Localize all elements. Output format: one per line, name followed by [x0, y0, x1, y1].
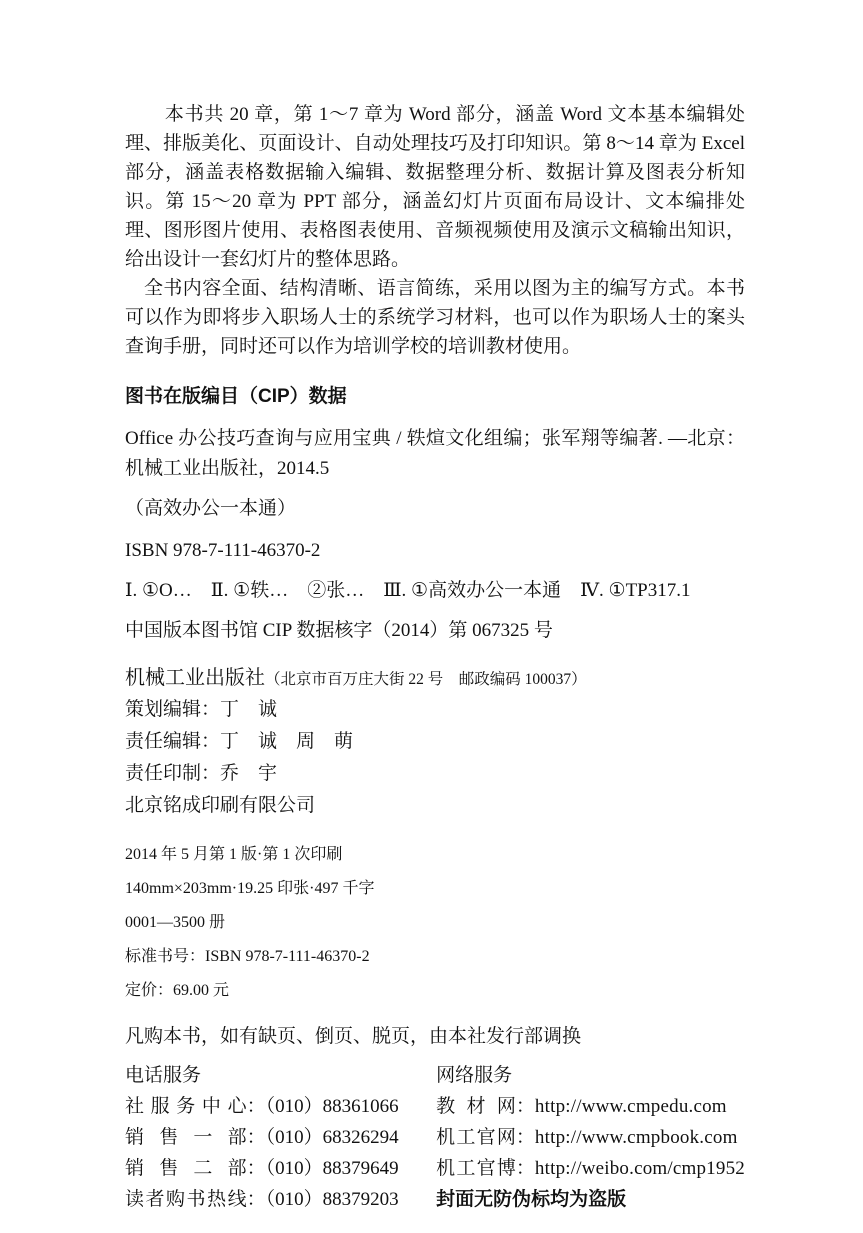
phone-row-sales-dept-1: 销售一部：（010）68326294 [125, 1122, 436, 1153]
cip-classification: Ⅰ. ①O… Ⅱ. ①轶… ②张… Ⅲ. ①高效办公一本通 Ⅳ. ①TP317.… [125, 578, 745, 604]
copyright-page: 本书共 20 章，第 1～7 章为 Word 部分，涵盖 Word 文本基本编辑… [125, 100, 745, 1215]
network-service-heading: 网络服务 [436, 1060, 745, 1091]
phone-row-service-center: 社服务中心：（010）88361066 [125, 1091, 436, 1122]
edition-line: 2014 年 5 月第 1 版·第 1 次印刷 [125, 838, 745, 872]
phone-row-label: 销售二部 [125, 1153, 247, 1184]
format-line: 140mm×203mm·19.25 印张·497 千字 [125, 872, 745, 906]
network-row-weibo: 机工官博：http://weibo.com/cmp1952 [436, 1153, 745, 1184]
standard-book-number-line: 标准书号：ISBN 978-7-111-46370-2 [125, 940, 745, 974]
colon: ： [247, 1189, 266, 1210]
responsible-editor: 责任编辑：丁 诚 周 萌 [125, 726, 745, 758]
network-row-label: 机工官网 [436, 1122, 516, 1153]
phone-row-label: 销售一部 [125, 1122, 247, 1153]
colon: ： [516, 1158, 535, 1179]
network-row-url: http://weibo.com/cmp1952 [535, 1158, 745, 1179]
publisher-line: 机械工业出版社（北京市百万庄大街 22 号 邮政编码 100037） [125, 664, 745, 694]
anti-piracy-notice: 封面无防伪标均为盗版 [436, 1184, 745, 1215]
phone-row-label: 社服务中心 [125, 1091, 247, 1122]
network-row-url: http://www.cmpedu.com [535, 1096, 727, 1117]
colon: ： [247, 1158, 266, 1179]
colon: ： [516, 1096, 535, 1117]
exchange-notice: 凡购本书，如有缺页、倒页、脱页，由本社发行部调换 [125, 1022, 745, 1052]
responsible-printer: 责任印制：乔 宇 [125, 758, 745, 790]
cip-record-number: 中国版本图书馆 CIP 数据核字（2014）第 067325 号 [125, 618, 745, 644]
planning-editor: 策划编辑：丁 诚 [125, 694, 745, 726]
publisher-address: （北京市百万庄大街 22 号 邮政编码 100037） [265, 671, 587, 688]
network-row-url: http://www.cmpbook.com [535, 1127, 738, 1148]
printing-company: 北京铭成印刷有限公司 [125, 790, 745, 822]
colon: ： [247, 1127, 266, 1148]
service-area: 电话服务 社服务中心：（010）88361066 销售一部：（010）68326… [125, 1060, 745, 1215]
network-row-label: 机工官博 [436, 1153, 516, 1184]
publisher-name: 机械工业出版社 [125, 667, 265, 689]
phone-row-reader-hotline: 读者购书热线：（010）88379203 [125, 1184, 436, 1215]
colon: ： [247, 1096, 266, 1117]
intro-paragraph-1: 本书共 20 章，第 1～7 章为 Word 部分，涵盖 Word 文本基本编辑… [125, 100, 745, 274]
phone-row-sales-dept-2: 销售二部：（010）88379649 [125, 1153, 436, 1184]
phone-row-value: （010）88379649 [266, 1158, 399, 1179]
cip-heading: 图书在版编目（CIP）数据 [125, 381, 745, 408]
phone-service-column: 电话服务 社服务中心：（010）88361066 销售一部：（010）68326… [125, 1060, 436, 1215]
print-info-block: 2014 年 5 月第 1 版·第 1 次印刷 140mm×203mm·19.2… [125, 838, 745, 1008]
phone-row-value: （010）68326294 [266, 1127, 399, 1148]
series-title: （高效办公一本通） [125, 496, 745, 522]
isbn-line: ISBN 978-7-111-46370-2 [125, 538, 745, 564]
phone-row-value: （010）88361066 [266, 1096, 399, 1117]
network-row-textbook-site: 教材网：http://www.cmpedu.com [436, 1091, 745, 1122]
print-run-line: 0001—3500 册 [125, 906, 745, 940]
network-row-official-site: 机工官网：http://www.cmpbook.com [436, 1122, 745, 1153]
phone-row-label: 读者购书热线 [125, 1184, 247, 1215]
price-line: 定价：69.00 元 [125, 974, 745, 1008]
colon: ： [516, 1127, 535, 1148]
cip-record: Office 办公技巧查询与应用宝典 / 轶煊文化组编；张军翔等编著. —北京：… [125, 424, 745, 484]
phone-row-value: （010）88379203 [266, 1189, 399, 1210]
network-service-column: 网络服务 教材网：http://www.cmpedu.com 机工官网：http… [436, 1060, 745, 1215]
intro-paragraph-2: 全书内容全面、结构清晰、语言简练，采用以图为主的编写方式。本书可以作为即将步入职… [125, 274, 745, 361]
network-row-label: 教材网 [436, 1091, 516, 1122]
phone-service-heading: 电话服务 [125, 1060, 436, 1091]
